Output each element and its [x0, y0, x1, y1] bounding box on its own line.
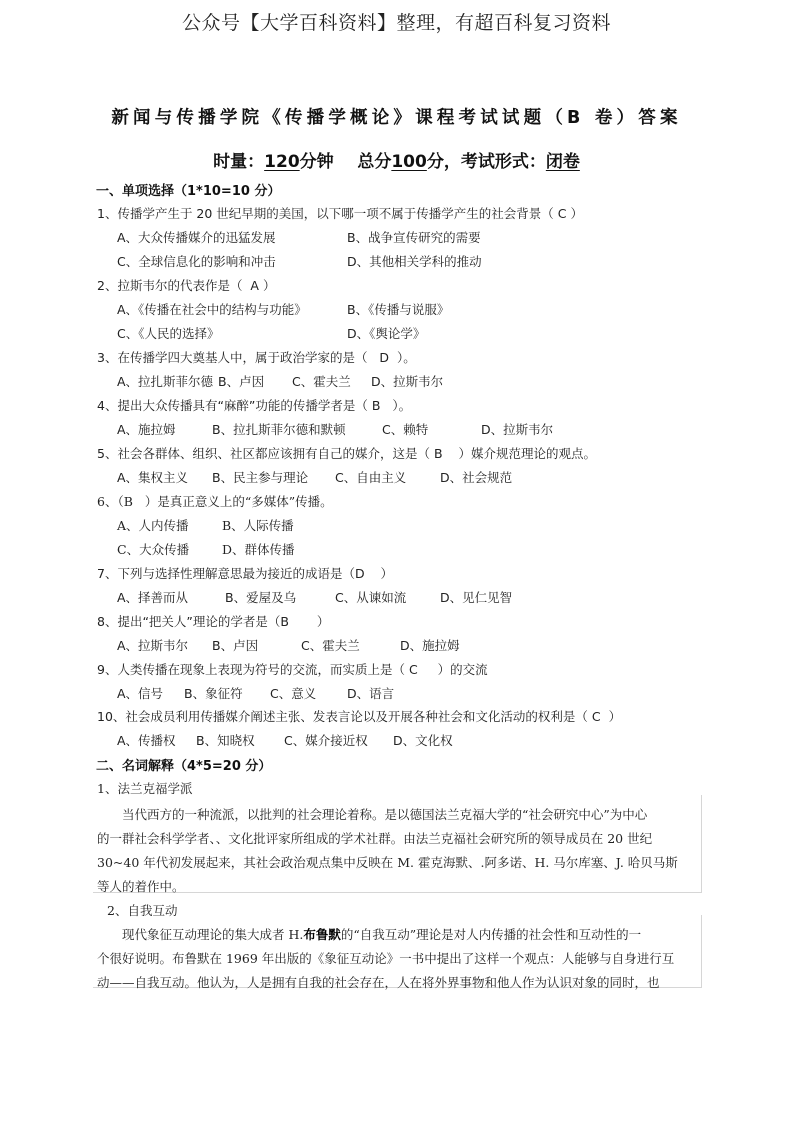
question-stem: 3、在传播学四大奠基人中，属于政治学家的是（ — [97, 350, 367, 365]
definition-line: 现代象征互动理论的集大成者 H.布鲁默的“自我互动”理论是对人内传播的社会性和互… — [97, 925, 701, 943]
score-label: 总分 — [357, 152, 391, 172]
question-1: 1、传播学产生于 20 世纪早期的美国，以下哪一项不属于传播学产生的社会背景（ … — [97, 204, 583, 222]
option-d: D、群体传播 — [222, 540, 295, 558]
option-c: C、自由主义 — [335, 468, 406, 486]
option-b: B、《传播与说服》 — [347, 300, 449, 318]
option-a: A、传播权 — [117, 731, 176, 749]
question-stem: 2、拉斯韦尔的代表作是（ — [97, 278, 242, 293]
question-stem-end: ）。 — [397, 350, 416, 365]
option-c: C、媒介接近权 — [284, 731, 368, 749]
definition-line: 30~40 年代初发展起来，其社会政治观点集中反映在 M. 霍克海默、.阿多诺、… — [97, 853, 701, 871]
option-a: A、大众传播媒介的迅猛发展 — [117, 228, 276, 246]
question-stem-end: ）是真正意义上的“多媒体”传播。 — [145, 494, 333, 509]
definition-line: 个很好说明。布鲁默在 1969 年出版的《象征互动论》一书中提出了这样一个观点：… — [97, 949, 701, 967]
option-c: C、全球信息化的影响和冲击 — [117, 252, 276, 270]
definition-line: 的一群社会科学学者、、文化批评家所组成的学术社群。由法兰克福社会研究所的领导成员… — [97, 829, 701, 847]
option-c: C、霍夫兰 — [292, 372, 351, 390]
answer: C — [592, 709, 601, 724]
question-stem-end: ）。 — [392, 398, 411, 413]
option-d: D、其他相关学科的推动 — [347, 252, 482, 270]
question-stem-end: ） — [381, 566, 394, 581]
option-b: B、象征符 — [184, 684, 243, 702]
question-2: 2、拉斯韦尔的代表作是（ A ） — [97, 276, 275, 294]
answer: B — [280, 614, 289, 629]
time-unit: 分钟 — [300, 152, 334, 172]
question-stem: 4、提出大众传播具有“麻醉”功能的传播学者是（ — [97, 398, 368, 413]
question-stem: 6、（ — [97, 494, 124, 509]
option-d: D、《舆论学》 — [347, 324, 425, 342]
option-a: A、《传播在社会中的结构与功能》 — [117, 300, 307, 318]
time-label: 时量： — [213, 152, 264, 172]
option-b: B、人际传播 — [222, 516, 294, 534]
definition-text: 的“自我互动”理论是对人内传播的社会性和互动性的一 — [341, 927, 641, 942]
question-stem-end: ） — [609, 709, 622, 724]
option-a: A、拉扎斯菲尔德 — [117, 372, 213, 390]
option-a: A、择善而从 — [117, 588, 188, 606]
option-b: B、民主参与理论 — [212, 468, 308, 486]
answer: A — [250, 278, 259, 293]
section-heading-multiple-choice: 一、单项选择（1*10=10 分） — [96, 180, 280, 199]
option-b: B、爱屋及乌 — [225, 588, 296, 606]
option-d: D、施拉姆 — [400, 636, 460, 654]
question-stem: 7、下列与选择性理解意思最为接近的成语是（ — [97, 566, 355, 581]
option-c: C、大众传播 — [117, 540, 189, 558]
exam-info: 时量：120分钟 总分100分，考试形式：闭卷 — [0, 147, 793, 172]
option-c: C、赖特 — [382, 420, 428, 438]
header-watermark: 公众号【大学百科资料】整理，有超百科复习资料 — [0, 8, 793, 35]
definition-line: 等人的着作中。 — [97, 877, 701, 895]
option-c: C、《人民的选择》 — [117, 324, 219, 342]
option-a: A、人内传播 — [117, 516, 189, 534]
exam-form-value: 闭卷 — [546, 152, 580, 172]
definition-line: 动——自我互动。他认为，人是拥有自我的社会存在，人在将外界事物和他人作为认识对象… — [97, 973, 701, 991]
option-b: B、卢因 — [212, 636, 258, 654]
score-unit: 分，考试形式： — [427, 152, 546, 172]
answer: B — [372, 398, 381, 413]
question-stem: 1、传播学产生于 20 世纪早期的美国，以下哪一项不属于传播学产生的社会背景（ — [97, 206, 554, 221]
option-b: B、卢因 — [218, 372, 264, 390]
question-4: 4、提出大众传播具有“麻醉”功能的传播学者是（ B ）。 — [97, 396, 411, 414]
option-d: D、社会规范 — [440, 468, 512, 486]
answer: D — [355, 566, 365, 581]
option-a: A、信号 — [117, 684, 163, 702]
option-d: D、拉斯韦尔 — [371, 372, 443, 390]
question-9: 9、人类传播在现象上表现为符号的交流，而实质上是（ C ）的交流 — [97, 660, 488, 678]
option-c: C、意义 — [270, 684, 316, 702]
option-b: B、拉扎斯菲尔德和默顿 — [212, 420, 346, 438]
question-5: 5、社会各群体、组织、社区都应该拥有自己的媒介，这是（ B ）媒介规范理论的观点… — [97, 444, 596, 462]
question-7: 7、下列与选择性理解意思最为接近的成语是（D ） — [97, 564, 393, 582]
option-d: D、拉斯韦尔 — [481, 420, 553, 438]
answer: B — [124, 494, 133, 509]
definition-bold-name: 布鲁默 — [303, 927, 341, 942]
question-stem-end: ） — [571, 206, 584, 221]
answer: C — [558, 206, 567, 221]
question-10: 10、社会成员利用传播媒介阐述主张、发表言论以及开展各种社会和文化活动的权利是（… — [97, 707, 621, 725]
time-value: 120 — [264, 152, 300, 172]
question-stem-end: ） — [317, 614, 330, 629]
question-stem: 5、社会各群体、组织、社区都应该拥有自己的媒介，这是（ — [97, 446, 430, 461]
document-page: 公众号【大学百科资料】整理，有超百科复习资料 新闻与传播学院《传播学概论》课程考… — [0, 0, 793, 1122]
option-a: A、拉斯韦尔 — [117, 636, 188, 654]
question-stem-end: ） — [263, 278, 276, 293]
definition-text: 现代象征互动理论的集大成者 H. — [122, 927, 303, 942]
question-6: 6、（B ）是真正意义上的“多媒体”传播。 — [97, 492, 333, 510]
option-a: A、施拉姆 — [117, 420, 176, 438]
answer: D — [379, 350, 389, 365]
question-stem: 9、人类传播在现象上表现为符号的交流，而实质上是（ — [97, 662, 405, 677]
page-title: 新闻与传播学院《传播学概论》课程考试试题（B 卷）答案 — [0, 104, 793, 129]
score-value: 100 — [391, 152, 427, 172]
option-d: D、见仁见智 — [440, 588, 512, 606]
answer: C — [409, 662, 418, 677]
option-d: D、语言 — [347, 684, 394, 702]
option-c: C、从谏如流 — [335, 588, 406, 606]
option-a: A、集权主义 — [117, 468, 188, 486]
question-stem-end: ）的交流 — [438, 662, 488, 677]
question-stem-end: ）媒介规范理论的观点。 — [458, 446, 596, 461]
question-3: 3、在传播学四大奠基人中，属于政治学家的是（ D ）。 — [97, 348, 416, 366]
question-8: 8、提出“把关人”理论的学者是（B ） — [97, 612, 329, 630]
answer: B — [434, 446, 443, 461]
option-b: B、战争宣传研究的需要 — [347, 228, 481, 246]
section-heading-term-definitions: 二、名词解释（4*5=20 分） — [96, 755, 271, 774]
option-c: C、霍夫兰 — [301, 636, 360, 654]
option-b: B、知晓权 — [196, 731, 255, 749]
question-stem: 8、提出“把关人”理论的学者是（ — [97, 614, 280, 629]
definition-line: 当代西方的一种流派，以批判的社会理论着称。是以德国法兰克福大学的“社会研究中心”… — [97, 805, 701, 823]
option-d: D、文化权 — [393, 731, 453, 749]
question-stem: 10、社会成员利用传播媒介阐述主张、发表言论以及开展各种社会和文化活动的权利是（ — [97, 709, 588, 724]
